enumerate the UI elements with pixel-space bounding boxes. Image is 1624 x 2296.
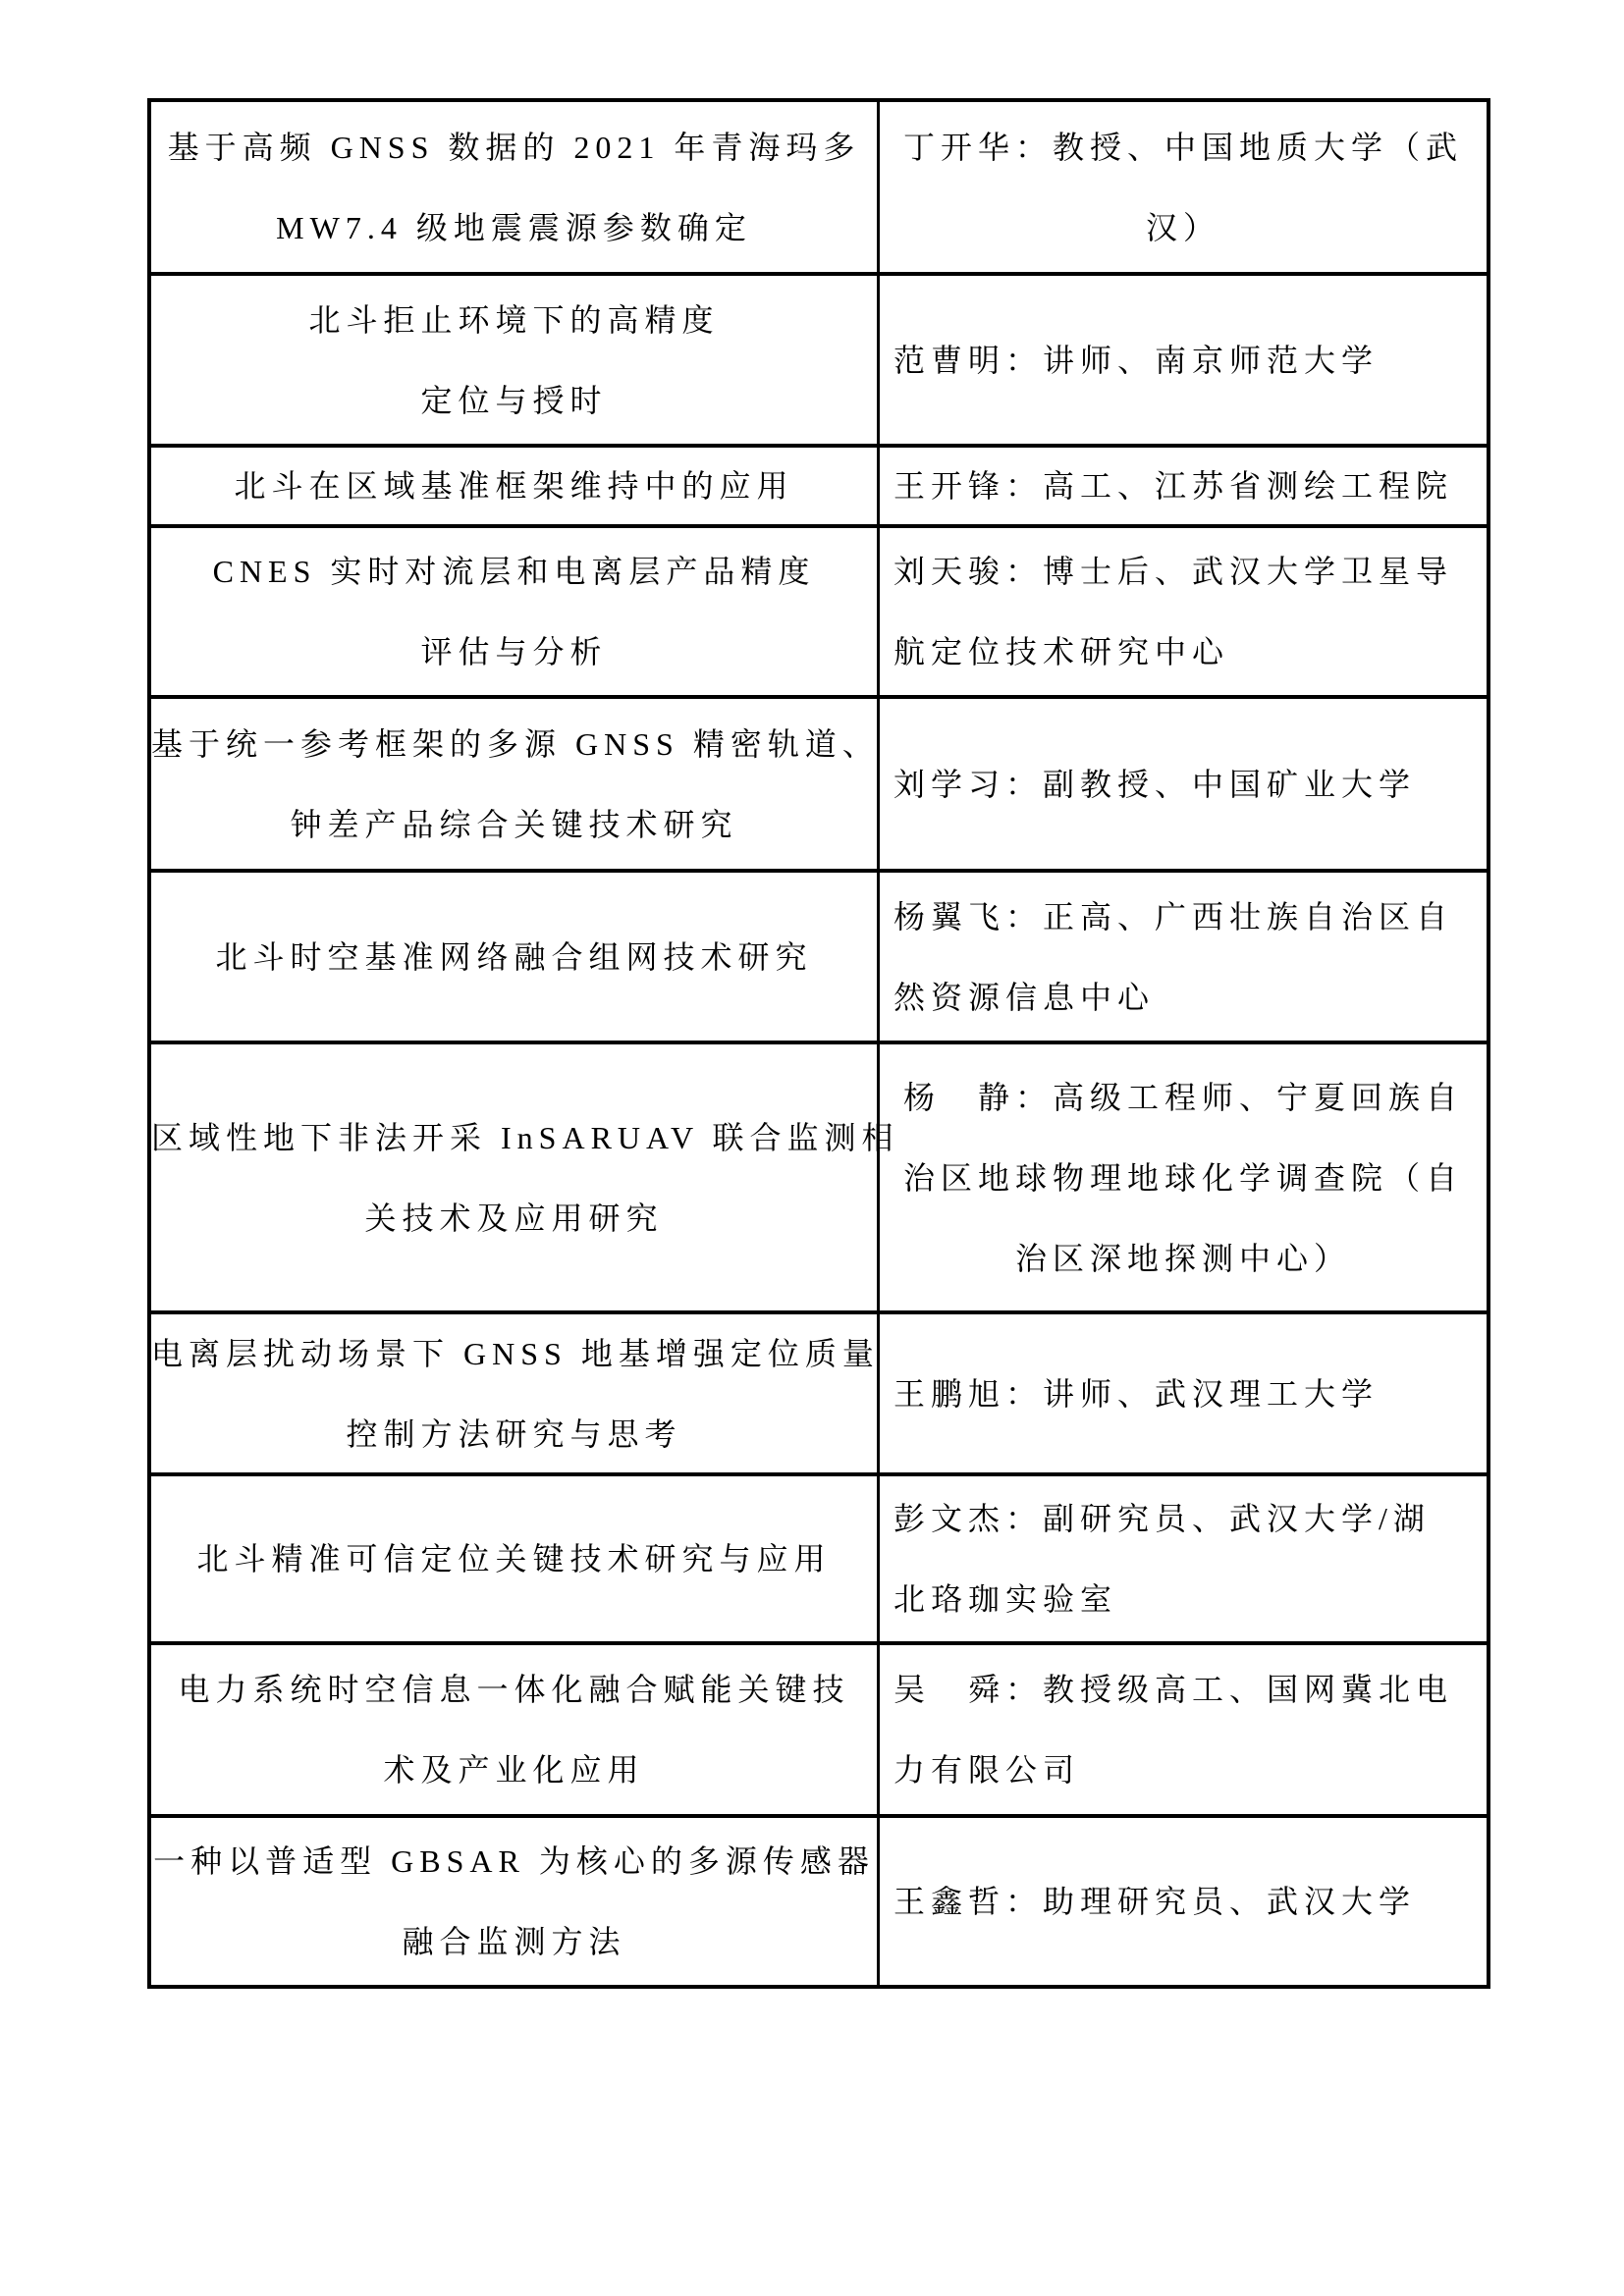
table-row: 北斗精准可信定位关键技术研究与应用 彭文杰：副研究员、武汉大学/湖 北珞珈实验室 bbox=[151, 1476, 1487, 1645]
speaker-line: 刘学习：副教授、中国矿业大学 bbox=[880, 744, 1487, 825]
talk-title-line: 控制方法研究与思考 bbox=[151, 1394, 877, 1474]
page: { "table": { "rows": [ { "title_lines": … bbox=[0, 0, 1624, 2296]
talk-title-cell: 电离层扰动场景下 GNSS 地基增强定位质量 控制方法研究与思考 bbox=[151, 1314, 880, 1472]
talk-title-line: 北斗拒止环境下的高精度 bbox=[151, 280, 877, 360]
talk-title-line: 术及产业化应用 bbox=[151, 1730, 877, 1810]
speaker-line: 范曹明：讲师、南京师范大学 bbox=[880, 320, 1487, 400]
speaker-line: 治区地球物理地球化学调查院（自 bbox=[880, 1138, 1487, 1218]
speaker-line: 北珞珈实验室 bbox=[880, 1559, 1487, 1639]
speaker-cell: 王鹏旭：讲师、武汉理工大学 bbox=[880, 1314, 1487, 1472]
talk-title-line: 评估与分析 bbox=[151, 612, 877, 692]
talk-title-line: 定位与授时 bbox=[151, 360, 877, 441]
talk-title-cell: 基于统一参考框架的多源 GNSS 精密轨道、 钟差产品综合关键技术研究 bbox=[151, 699, 880, 869]
speaker-line: 汉） bbox=[880, 187, 1487, 268]
talk-title-line: 电离层扰动场景下 GNSS 地基增强定位质量 bbox=[151, 1313, 877, 1394]
table-row: 区域性地下非法开采 InSARUAV 联合监测相 关技术及应用研究 杨 静：高级… bbox=[151, 1044, 1487, 1314]
talk-title-cell: 区域性地下非法开采 InSARUAV 联合监测相 关技术及应用研究 bbox=[151, 1044, 880, 1310]
table-row: 北斗时空基准网络融合组网技术研究 杨翼飞：正高、广西壮族自治区自 然资源信息中心 bbox=[151, 873, 1487, 1044]
speaker-line: 王鑫哲：助理研究员、武汉大学 bbox=[880, 1861, 1487, 1942]
talk-title-line: 北斗时空基准网络融合组网技术研究 bbox=[151, 917, 877, 997]
schedule-table: 基于高频 GNSS 数据的 2021 年青海玛多 MW7.4 级地震震源参数确定… bbox=[147, 98, 1490, 1989]
talk-title-line: 基于统一参考框架的多源 GNSS 精密轨道、 bbox=[151, 704, 877, 784]
talk-title-line: 一种以普适型 GBSAR 为核心的多源传感器 bbox=[151, 1821, 877, 1901]
talk-title-cell: 北斗在区域基准框架维持中的应用 bbox=[151, 448, 880, 524]
speaker-line: 王鹏旭：讲师、武汉理工大学 bbox=[880, 1354, 1487, 1434]
speaker-cell: 范曹明：讲师、南京师范大学 bbox=[880, 276, 1487, 444]
talk-title-line: MW7.4 级地震震源参数确定 bbox=[151, 187, 877, 268]
speaker-cell: 杨翼飞：正高、广西壮族自治区自 然资源信息中心 bbox=[880, 873, 1487, 1041]
speaker-cell: 彭文杰：副研究员、武汉大学/湖 北珞珈实验室 bbox=[880, 1476, 1487, 1641]
talk-title-line: 区域性地下非法开采 InSARUAV 联合监测相 bbox=[151, 1097, 877, 1178]
speaker-cell: 吴 舜：教授级高工、国网冀北电 力有限公司 bbox=[880, 1645, 1487, 1814]
talk-title-cell: 北斗时空基准网络融合组网技术研究 bbox=[151, 873, 880, 1041]
talk-title-cell: 电力系统时空信息一体化融合赋能关键技 术及产业化应用 bbox=[151, 1645, 880, 1814]
talk-title-line: 融合监测方法 bbox=[151, 1901, 877, 1982]
speaker-cell: 丁开华：教授、中国地质大学（武 汉） bbox=[880, 102, 1487, 272]
table-row: 电离层扰动场景下 GNSS 地基增强定位质量 控制方法研究与思考 王鹏旭：讲师、… bbox=[151, 1314, 1487, 1476]
speaker-line: 杨翼飞：正高、广西壮族自治区自 bbox=[880, 877, 1487, 957]
talk-title-cell: 北斗精准可信定位关键技术研究与应用 bbox=[151, 1476, 880, 1641]
speaker-line: 王开锋：高工、江苏省测绘工程院 bbox=[880, 446, 1487, 526]
table-row: 基于高频 GNSS 数据的 2021 年青海玛多 MW7.4 级地震震源参数确定… bbox=[151, 102, 1487, 276]
speaker-cell: 刘天骏：博士后、武汉大学卫星导 航定位技术研究中心 bbox=[880, 528, 1487, 695]
table-row: 电力系统时空信息一体化融合赋能关键技 术及产业化应用 吴 舜：教授级高工、国网冀… bbox=[151, 1645, 1487, 1818]
talk-title-line: 北斗在区域基准框架维持中的应用 bbox=[151, 446, 877, 526]
table-row: 一种以普适型 GBSAR 为核心的多源传感器 融合监测方法 王鑫哲：助理研究员、… bbox=[151, 1818, 1487, 1985]
speaker-line: 丁开华：教授、中国地质大学（武 bbox=[880, 107, 1487, 187]
talk-title-line: 关技术及应用研究 bbox=[151, 1178, 877, 1258]
speaker-line: 吴 舜：教授级高工、国网冀北电 bbox=[880, 1649, 1487, 1730]
talk-title-line: 电力系统时空信息一体化融合赋能关键技 bbox=[151, 1649, 877, 1730]
table-row: 北斗在区域基准框架维持中的应用 王开锋：高工、江苏省测绘工程院 bbox=[151, 448, 1487, 528]
speaker-cell: 王鑫哲：助理研究员、武汉大学 bbox=[880, 1818, 1487, 1985]
speaker-line: 彭文杰：副研究员、武汉大学/湖 bbox=[880, 1478, 1487, 1559]
speaker-line: 治区深地探测中心） bbox=[880, 1218, 1487, 1299]
speaker-line: 杨 静：高级工程师、宁夏回族自 bbox=[880, 1057, 1487, 1138]
speaker-cell: 杨 静：高级工程师、宁夏回族自 治区地球物理地球化学调查院（自 治区深地探测中心… bbox=[880, 1044, 1487, 1310]
speaker-line: 力有限公司 bbox=[880, 1730, 1487, 1810]
talk-title-cell: 基于高频 GNSS 数据的 2021 年青海玛多 MW7.4 级地震震源参数确定 bbox=[151, 102, 880, 272]
speaker-cell: 刘学习：副教授、中国矿业大学 bbox=[880, 699, 1487, 869]
talk-title-line: CNES 实时对流层和电离层产品精度 bbox=[151, 531, 877, 612]
talk-title-line: 北斗精准可信定位关键技术研究与应用 bbox=[151, 1519, 877, 1599]
speaker-cell: 王开锋：高工、江苏省测绘工程院 bbox=[880, 448, 1487, 524]
table-row: 北斗拒止环境下的高精度 定位与授时 范曹明：讲师、南京师范大学 bbox=[151, 276, 1487, 448]
talk-title-cell: 北斗拒止环境下的高精度 定位与授时 bbox=[151, 276, 880, 444]
speaker-line: 航定位技术研究中心 bbox=[880, 612, 1487, 692]
talk-title-line: 钟差产品综合关键技术研究 bbox=[151, 784, 877, 865]
talk-title-line: 基于高频 GNSS 数据的 2021 年青海玛多 bbox=[151, 107, 877, 187]
speaker-line: 刘天骏：博士后、武汉大学卫星导 bbox=[880, 531, 1487, 612]
talk-title-cell: CNES 实时对流层和电离层产品精度 评估与分析 bbox=[151, 528, 880, 695]
table-row: 基于统一参考框架的多源 GNSS 精密轨道、 钟差产品综合关键技术研究 刘学习：… bbox=[151, 699, 1487, 873]
table-row: CNES 实时对流层和电离层产品精度 评估与分析 刘天骏：博士后、武汉大学卫星导… bbox=[151, 528, 1487, 699]
speaker-line: 然资源信息中心 bbox=[880, 957, 1487, 1038]
talk-title-cell: 一种以普适型 GBSAR 为核心的多源传感器 融合监测方法 bbox=[151, 1818, 880, 1985]
